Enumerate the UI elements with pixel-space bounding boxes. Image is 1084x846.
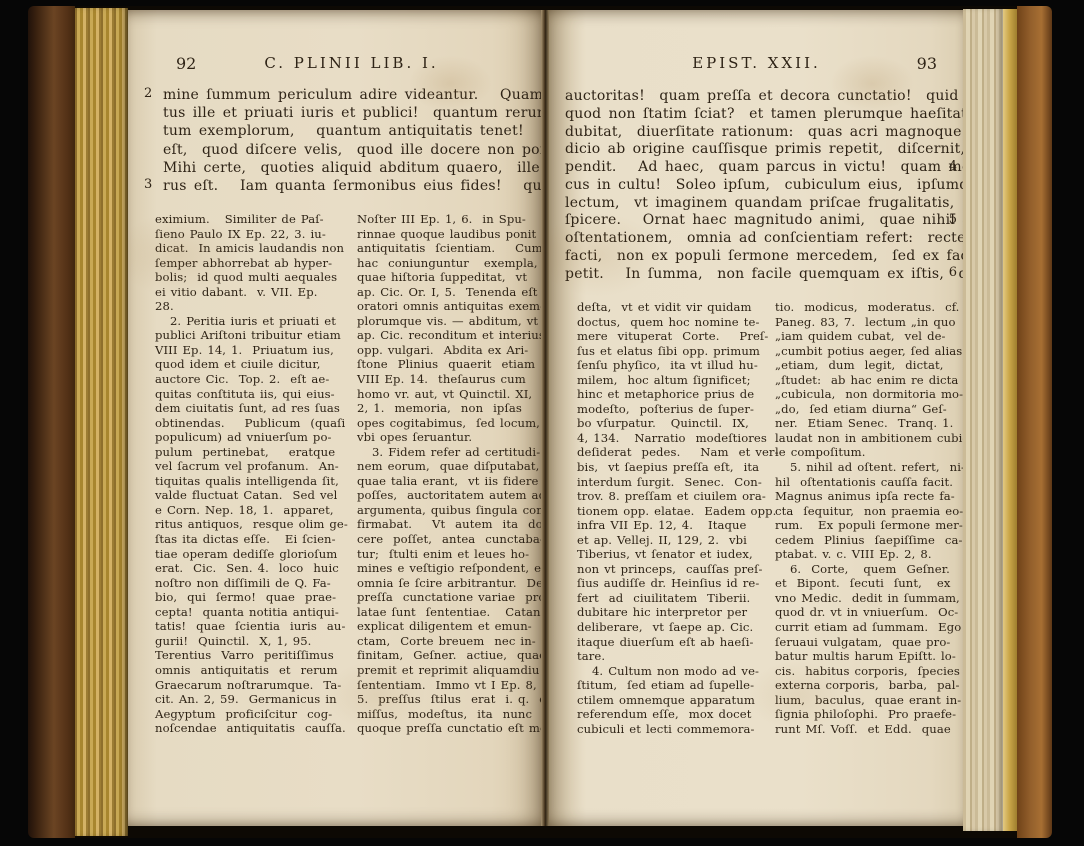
book-cover-left xyxy=(28,6,75,838)
book-cover-right xyxy=(1017,6,1052,838)
right-running-head: EPIST. XXII. 93 xyxy=(549,54,963,74)
right-body-text: auctoritas! quam preſſa et decora cuncta… xyxy=(565,88,1001,283)
right-page: EPIST. XXII. 93 4 5 6 auctoritas! quam p… xyxy=(549,10,963,826)
right-running-title: EPIST. XXII. xyxy=(565,54,948,72)
book-gutter xyxy=(541,10,549,826)
left-running-title: C. PLINII LIB. I. xyxy=(163,54,540,72)
gilt-page-edges-right xyxy=(1003,9,1017,831)
left-page: 92 C. PLINII LIB. I. 2 3 mine ſummum per… xyxy=(128,10,541,826)
gilt-page-edges-left xyxy=(75,8,128,836)
left-notes-column-2: Noſter III Ep. 1, 6. in Spu- rinnae quoq… xyxy=(357,212,541,736)
right-page-number: 93 xyxy=(917,54,937,73)
photo-stage: 92 C. PLINII LIB. I. 2 3 mine ſummum per… xyxy=(0,0,1084,846)
section-number-3: 3 xyxy=(144,177,152,192)
right-notes-column-1: deſta, vt et vidit vir quidam doctus, qu… xyxy=(577,300,773,736)
section-number-2: 2 xyxy=(144,86,152,101)
left-notes-column-1: eximium. Similiter de Paſ- ſieno Paulo I… xyxy=(155,212,354,736)
open-book: 92 C. PLINII LIB. I. 2 3 mine ſummum per… xyxy=(28,6,1052,838)
fore-edge-page-stack xyxy=(963,9,1003,831)
left-running-head: 92 C. PLINII LIB. I. xyxy=(128,54,541,74)
right-notes-column-2: tio. modicus, moderatus. cf. Paneg. 83, … xyxy=(775,300,963,736)
